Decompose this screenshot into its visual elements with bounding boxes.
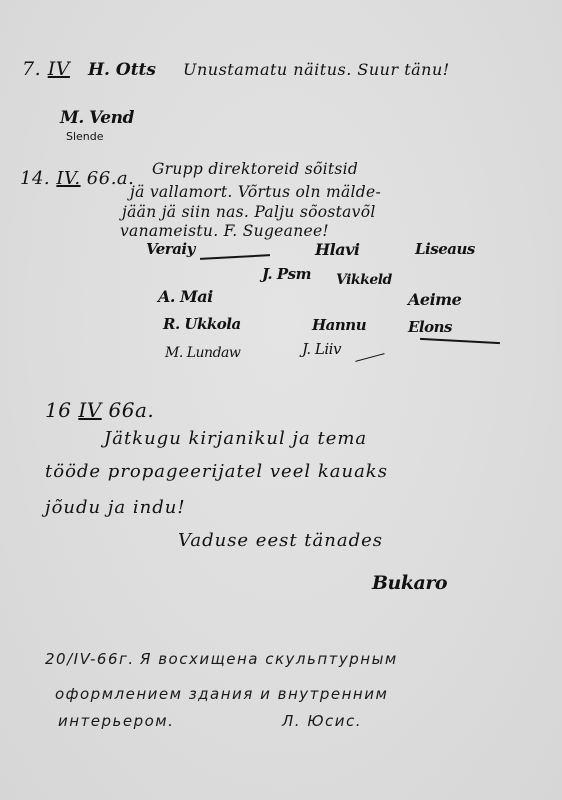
entry-2-signature-10: Elons: [408, 318, 452, 336]
entry-1-text: Unustamatu näitus. Suur tänu!: [183, 60, 450, 79]
entry-3-line-2: tööde propageerijatel veel kauaks: [45, 461, 388, 482]
entry-4-line-2: оформлением здания и внутренним: [55, 685, 388, 703]
entry-1-signature: M. Vend: [60, 108, 134, 128]
entry-3-year: 66a.: [109, 398, 155, 422]
entry-1-author: H. Otts: [88, 60, 156, 80]
entry-2-signature-5: J. Psm: [262, 265, 311, 283]
entry-3-day: 16: [45, 398, 71, 422]
entry-4-line-3: интерьером.: [58, 712, 174, 730]
signature-tail: [355, 353, 384, 362]
signature-flourish: [200, 254, 270, 259]
entry-2-line-4: vanameistu. F. Sugeanee!: [120, 222, 329, 240]
entry-2-line-2: jä vallamort. Võrtus oln mälde-: [130, 183, 381, 201]
entry-3-date: 16 IV 66a.: [45, 398, 154, 422]
entry-2-signature-11: M. Lundaw: [165, 345, 240, 361]
entry-4-line-1: Я восхищена скульптурным: [140, 650, 398, 668]
entry-3-month: IV: [78, 398, 101, 422]
entry-2-line-3: jään jä siin nas. Palju sõostavõl: [122, 203, 376, 221]
entry-2-signature-4: A. Mai: [158, 287, 213, 306]
entry-3-line-1: Jätkugu kirjanikul ja tema: [104, 428, 367, 449]
entry-4-date: 20/IV-66г.: [45, 650, 135, 668]
entry-2-signature-3: Liseaus: [415, 240, 475, 258]
entry-3-line-4: Vaduse eest tänades: [178, 530, 383, 551]
entry-2-line-1: Grupp direktoreid sõitsid: [152, 160, 358, 178]
entry-2-signature-7: Aeime: [408, 290, 461, 309]
entry-4-signature: Л. Юсис.: [282, 712, 362, 730]
entry-2-signature-9: Hannu: [312, 316, 366, 334]
entry-2-signature-1: Veraiy: [146, 240, 195, 258]
entry-1-day: 7.: [22, 58, 41, 80]
entry-2-signature-8: R. Ukkola: [163, 315, 241, 333]
entry-3-signature: Bukaro: [372, 572, 447, 594]
entry-1-date: 7. IV: [22, 58, 70, 80]
entry-1-month: IV: [48, 58, 70, 80]
entry-1-signature-subtitle: Slende: [66, 130, 104, 143]
entry-2-signature-12: J. Liiv: [302, 340, 341, 358]
entry-2-month: IV.: [56, 168, 80, 189]
entry-2-year: 66.a.: [87, 168, 135, 189]
entry-2-day: 14.: [20, 168, 50, 189]
signature-underline: [420, 338, 500, 344]
guestbook-page: 7. IV H. Otts Unustamatu näitus. Suur tä…: [0, 0, 562, 800]
entry-3-line-3: jõudu ja indu!: [45, 497, 186, 518]
entry-2-date: 14. IV. 66.a.: [20, 168, 134, 189]
entry-2-signature-6: Vikkeld: [336, 272, 392, 288]
entry-2-signature-2: Hlavi: [315, 240, 359, 259]
